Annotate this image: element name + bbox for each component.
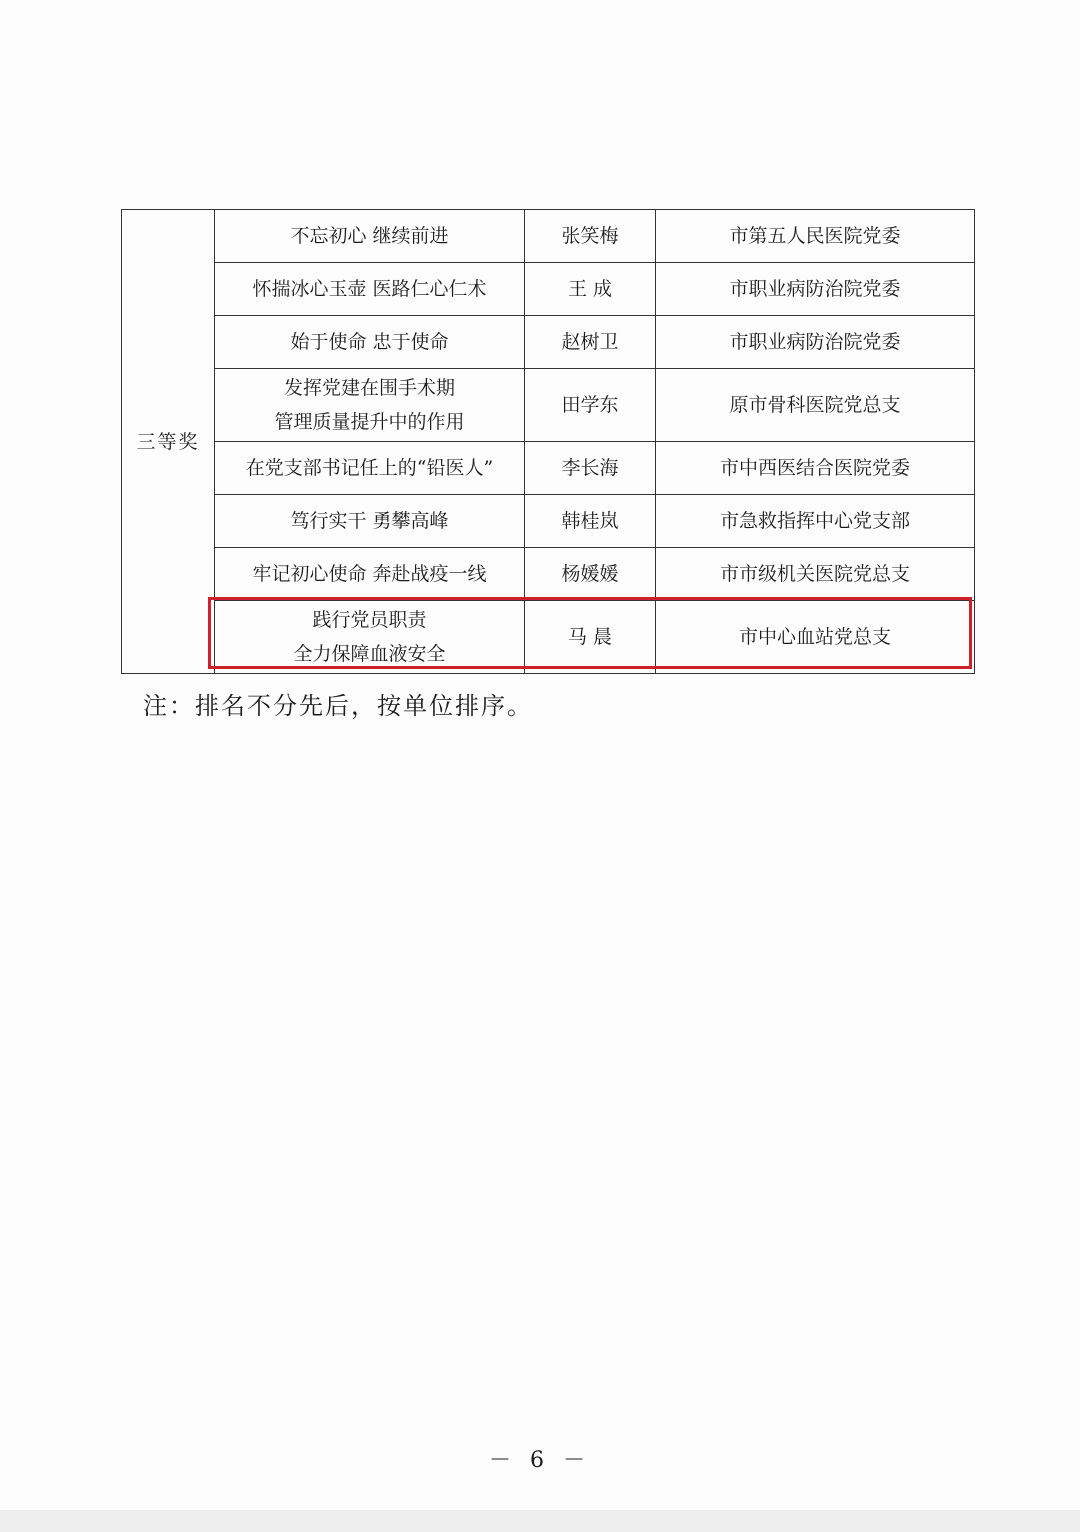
name-cell: 马 晨 [525,601,656,674]
title-cell: 笃行实干 勇攀高峰 [215,495,525,548]
table-row: 牢记初心使命 奔赴战疫一线 杨媛媛 市市级机关医院党总支 [122,548,975,601]
name-cell: 张笑梅 [525,210,656,263]
name-cell: 韩桂岚 [525,495,656,548]
table-row: 在党支部书记任上的“铅医人” 李长海 市中西医结合医院党委 [122,442,975,495]
org-cell: 市中心血站党总支 [656,601,975,674]
name-cell: 李长海 [525,442,656,495]
org-cell: 市中西医结合医院党委 [656,442,975,495]
title-cell: 不忘初心 继续前进 [215,210,525,263]
table-row: 怀揣冰心玉壶 医路仁心仁术 王 成 市职业病防治院党委 [122,263,975,316]
title-cell: 牢记初心使命 奔赴战疫一线 [215,548,525,601]
awards-table: 三等奖 不忘初心 继续前进 张笑梅 市第五人民医院党委 怀揣冰心玉壶 医路仁心仁… [121,209,975,674]
page-bottom-edge [0,1510,1080,1532]
title-cell: 怀揣冰心玉壶 医路仁心仁术 [215,263,525,316]
org-cell: 市职业病防治院党委 [656,316,975,369]
table-row: 笃行实干 勇攀高峰 韩桂岚 市急救指挥中心党支部 [122,495,975,548]
org-cell: 市急救指挥中心党支部 [656,495,975,548]
name-cell: 王 成 [525,263,656,316]
org-cell: 原市骨科医院党总支 [656,369,975,442]
org-cell: 市第五人民医院党委 [656,210,975,263]
org-cell: 市市级机关医院党总支 [656,548,975,601]
title-cell: 始于使命 忠于使命 [215,316,525,369]
table-row-highlighted: 践行党员职责全力保障血液安全 马 晨 市中心血站党总支 [122,601,975,674]
award-level-cell: 三等奖 [122,210,215,674]
title-cell: 发挥党建在围手术期管理质量提升中的作用 [215,369,525,442]
table-row: 三等奖 不忘初心 继续前进 张笑梅 市第五人民医院党委 [122,210,975,263]
name-cell: 田学东 [525,369,656,442]
table-row: 发挥党建在围手术期管理质量提升中的作用 田学东 原市骨科医院党总支 [122,369,975,442]
name-cell: 杨媛媛 [525,548,656,601]
name-cell: 赵树卫 [525,316,656,369]
footnote: 注：排名不分先后，按单位排序。 [143,686,533,721]
org-cell: 市职业病防治院党委 [656,263,975,316]
title-cell: 在党支部书记任上的“铅医人” [215,442,525,495]
award-level: 三等奖 [136,431,199,453]
table-row: 始于使命 忠于使命 赵树卫 市职业病防治院党委 [122,316,975,369]
page-number: － 6 － [0,1443,1080,1474]
title-cell: 践行党员职责全力保障血液安全 [215,601,525,674]
